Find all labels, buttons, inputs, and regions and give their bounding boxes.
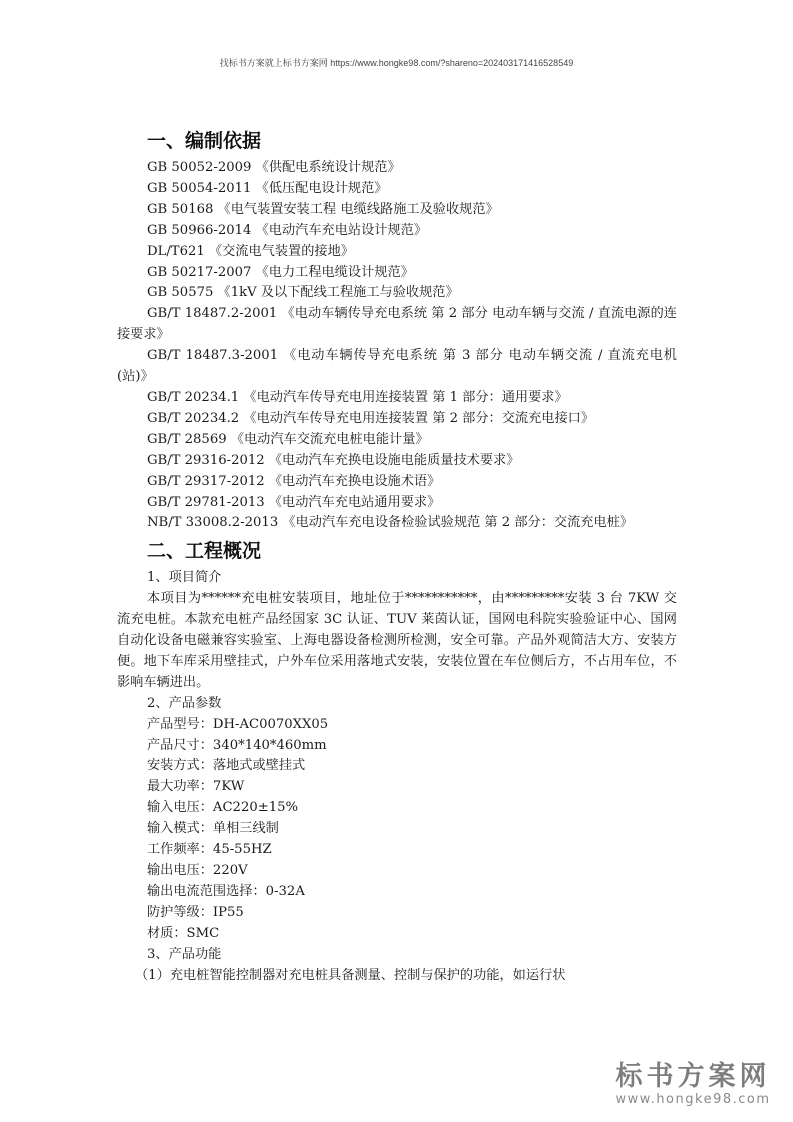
project-intro-paragraph: 本项目为******充电桩安装项目，地址位于***********，由*****… xyxy=(117,589,677,694)
standard-item: GB/T 20234.1 《电动汽车传导充电用连接装置 第 1 部分：通用要求》 xyxy=(117,388,677,409)
watermark-url: www.hongke98.com xyxy=(613,1092,773,1108)
standard-item: GB/T 20234.2 《电动汽车传导充电用连接装置 第 2 部分：交流充电接… xyxy=(117,409,677,430)
standard-item: GB/T 29317-2012 《电动汽车充换电设施术语》 xyxy=(117,472,677,493)
standard-item: GB 50168 《电气装置安装工程 电缆线路施工及验收规范》 xyxy=(117,200,677,221)
standard-item: GB/T 18487.3-2001 《电动车辆传导充电系统 第 3 部分 电动车… xyxy=(117,346,677,388)
site-watermark: 标书方案网 www.hongke98.com xyxy=(613,1062,773,1108)
param-item: 输出电流范围选择：0-32A xyxy=(117,882,677,903)
section-heading-basis: 一、编制依据 xyxy=(117,124,677,158)
param-item: 产品型号：DH-AC0070XX05 xyxy=(117,715,677,736)
param-item: 工作频率：45-55HZ xyxy=(117,840,677,861)
param-item: 最大功率：7KW xyxy=(117,777,677,798)
standard-item: GB 50217-2007 《电力工程电缆设计规范》 xyxy=(117,263,677,284)
standard-item: GB 50575 《1kV 及以下配线工程施工与验收规范》 xyxy=(117,283,677,304)
standard-item: GB 50054-2011 《低压配电设计规范》 xyxy=(117,179,677,200)
standard-item: NB/T 33008.2-2013 《电动汽车充电设备检验试验规范 第 2 部分… xyxy=(117,513,677,534)
standard-item: GB 50966-2014 《电动汽车充电站设计规范》 xyxy=(117,221,677,242)
param-item: 材质：SMC xyxy=(117,924,677,945)
share-link[interactable]: 找标书方案就上标书方案网 https://www.hongke98.com/?s… xyxy=(0,56,793,69)
standard-item: GB/T 29316-2012 《电动汽车充换电设施电能质量技术要求》 xyxy=(117,451,677,472)
standard-item: GB/T 18487.2-2001 《电动车辆传导充电系统 第 2 部分 电动车… xyxy=(117,304,677,346)
param-item: 产品尺寸：340*140*460mm xyxy=(117,736,677,757)
document-body: 一、编制依据 GB 50052-2009 《供配电系统设计规范》 GB 5005… xyxy=(117,124,677,986)
section-heading-overview: 二、工程概况 xyxy=(117,534,677,568)
param-item: 输入电压：AC220±15% xyxy=(117,798,677,819)
subsection-title: 1、项目简介 xyxy=(117,568,677,589)
subsection-title: 3、产品功能 xyxy=(117,945,677,966)
param-item: 输入模式：单相三线制 xyxy=(117,819,677,840)
watermark-logo-text: 标书方案网 xyxy=(613,1062,773,1092)
standard-item: GB/T 29781-2013 《电动汽车充电站通用要求》 xyxy=(117,493,677,514)
param-item: 输出电压：220V xyxy=(117,861,677,882)
subsection-title: 2、产品参数 xyxy=(117,694,677,715)
function-item: （1）充电桩智能控制器对充电桩具备测量、控制与保护的功能，如运行状 xyxy=(117,966,677,987)
standard-item: DL/T621 《交流电气装置的接地》 xyxy=(117,242,677,263)
param-item: 安装方式：落地式或壁挂式 xyxy=(117,756,677,777)
standard-item: GB/T 28569 《电动汽车交流充电桩电能计量》 xyxy=(117,430,677,451)
standard-item: GB 50052-2009 《供配电系统设计规范》 xyxy=(117,158,677,179)
param-item: 防护等级：IP55 xyxy=(117,903,677,924)
